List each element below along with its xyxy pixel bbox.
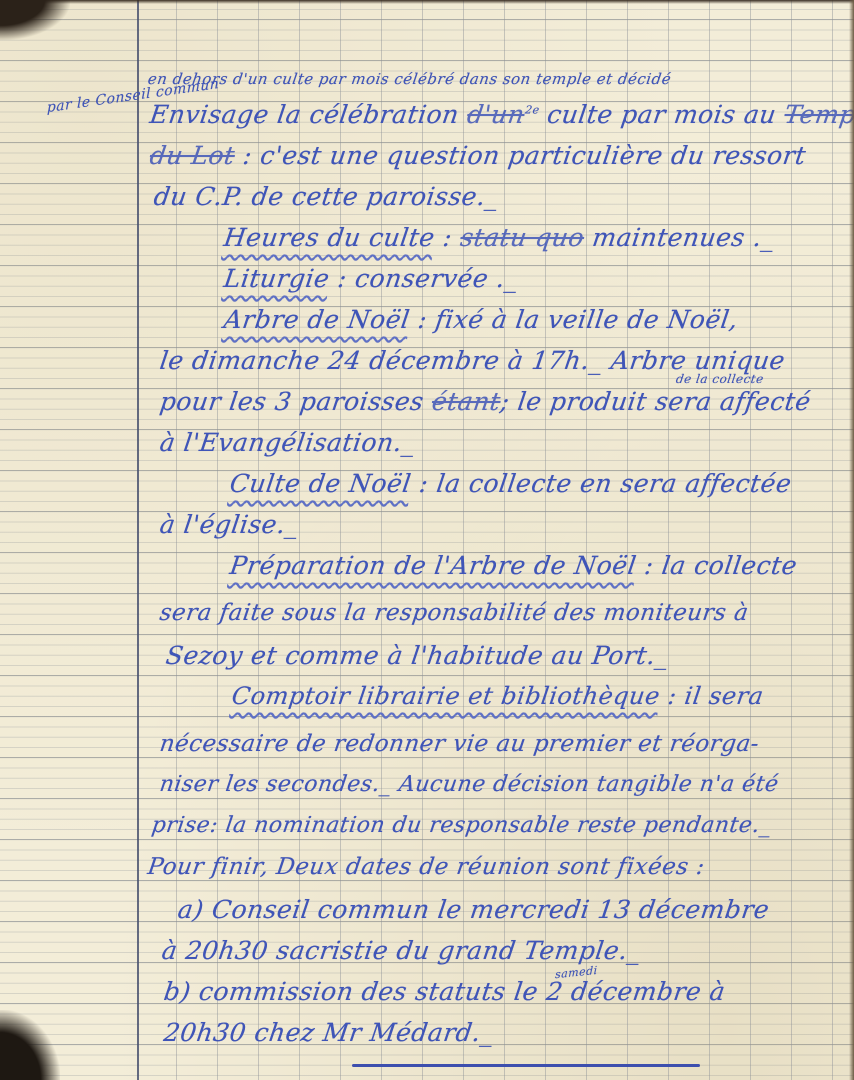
text-line-8: pour les 3 paroisses étant; le produit s… bbox=[158, 387, 813, 416]
line-text: fixé à la veille de Noël, bbox=[434, 305, 740, 334]
line-text: Pour finir, Deux dates de réunion sont f… bbox=[146, 854, 706, 880]
section-heading: Comptoir librairie et bibliothèque bbox=[230, 682, 662, 710]
text-line-18: prise: la nomination du responsable rest… bbox=[150, 813, 773, 838]
separator: : bbox=[433, 223, 463, 252]
section-heading: Arbre de Noël bbox=[222, 305, 412, 334]
text-line-11: à l'église._ bbox=[158, 510, 301, 539]
struck-text: Temple bbox=[783, 100, 854, 129]
text-line-9: à l'Evangélisation._ bbox=[158, 428, 417, 457]
section-heading: Heures du culte bbox=[222, 223, 437, 252]
text-line-20: a) Conseil commun le mercredi 13 décembr… bbox=[176, 895, 771, 924]
text-line-3: du C.P. de cette paroisse._ bbox=[152, 182, 501, 211]
page-edge bbox=[849, 0, 854, 1080]
margin-line bbox=[137, 0, 139, 1080]
text-line-7: le dimanche 24 décembre à 17h._ Arbre un… bbox=[158, 346, 787, 375]
section-heading: Préparation de l'Arbre de Noël bbox=[228, 551, 638, 580]
page-corner-shadow bbox=[0, 0, 70, 40]
text-line-16: nécessaire de redonner vie au premier et… bbox=[158, 731, 761, 757]
line-text: sera faite sous la responsabilité des mo… bbox=[158, 600, 750, 626]
grid-line bbox=[832, 0, 833, 1080]
notebook-page: en dehors d'un culte par mois célébré da… bbox=[0, 0, 854, 1080]
text-line-1: Envisage la célébration d'un2e culte par… bbox=[148, 100, 854, 129]
line-text: a) Conseil commun le mercredi 13 décembr… bbox=[176, 895, 771, 924]
line-text: maintenues ._ bbox=[582, 223, 777, 252]
line-text: culte par mois au bbox=[537, 100, 787, 129]
text-line-10: Culte de Noël : la collecte en sera affe… bbox=[228, 469, 793, 498]
text-line-15: Comptoir librairie et bibliothèque : il … bbox=[230, 682, 766, 710]
text-line-21: à 20h30 sacristie du grand Temple._ bbox=[160, 936, 643, 965]
struck-text: étant bbox=[430, 387, 502, 416]
text-line-17: niser les secondes._ Aucune décision tan… bbox=[158, 772, 780, 797]
line-text: nécessaire de redonner vie au premier et… bbox=[158, 731, 761, 757]
line-text: à 20h30 sacristie du grand Temple._ bbox=[160, 936, 643, 965]
top-insert-annotation: en dehors d'un culte par mois célébré da… bbox=[147, 70, 673, 88]
text-line-19: Pour finir, Deux dates de réunion sont f… bbox=[146, 854, 706, 880]
text-line-12: Préparation de l'Arbre de Noël : la coll… bbox=[228, 551, 799, 580]
line-text: le dimanche 24 décembre à 17h._ Arbre un… bbox=[158, 346, 787, 375]
line-text: la collecte bbox=[660, 551, 799, 580]
line-text: prise: la nomination du responsable rest… bbox=[150, 813, 773, 838]
line-text: conservée ._ bbox=[353, 264, 520, 293]
text-line-22: b) commission des statuts le 2 décembre … bbox=[162, 977, 727, 1006]
text-line-4: Heures du culte : statu quo maintenues .… bbox=[222, 223, 777, 252]
line-text: il sera bbox=[683, 682, 766, 710]
line-text: ; le produit sera affecté bbox=[499, 387, 813, 416]
insert-annotation: de la collecte bbox=[675, 372, 765, 386]
line-text: la collecte en sera affectée bbox=[435, 469, 794, 498]
page-edge bbox=[0, 0, 854, 4]
page-corner-shadow bbox=[0, 1010, 60, 1080]
text-line-6: Arbre de Noël : fixé à la veille de Noël… bbox=[222, 305, 740, 334]
line-text: pour les 3 paroisses bbox=[158, 387, 434, 416]
line-text: : c'est une question particulière du res… bbox=[233, 141, 808, 170]
line-text: 20h30 chez Mr Médard._ bbox=[162, 1018, 496, 1047]
struck-text: d'un bbox=[465, 100, 526, 129]
line-text: du C.P. de cette paroisse._ bbox=[152, 182, 501, 211]
text-line-13: sera faite sous la responsabilité des mo… bbox=[158, 600, 750, 626]
line-text: Envisage la célébration bbox=[148, 100, 469, 129]
line-text: niser les secondes._ Aucune décision tan… bbox=[158, 772, 780, 797]
text-line-23: 20h30 chez Mr Médard._ bbox=[162, 1018, 496, 1047]
line-text: Sezoy et comme à l'habitude au Port._ bbox=[164, 641, 671, 670]
struck-text: statu quo bbox=[459, 223, 587, 252]
closing-rule bbox=[352, 1064, 700, 1067]
text-line-2: du Lot : c'est une question particulière… bbox=[148, 141, 808, 170]
section-heading: Liturgie bbox=[222, 264, 332, 293]
section-heading: Culte de Noël bbox=[228, 469, 413, 498]
text-line-5: Liturgie : conservée ._ bbox=[222, 264, 520, 293]
struck-text: du Lot bbox=[148, 141, 237, 170]
line-text: à l'Evangélisation._ bbox=[158, 428, 417, 457]
line-text: à l'église._ bbox=[158, 510, 301, 539]
line-text: b) commission des statuts le 2 décembre … bbox=[162, 977, 727, 1006]
text-line-14: Sezoy et comme à l'habitude au Port._ bbox=[164, 641, 671, 670]
